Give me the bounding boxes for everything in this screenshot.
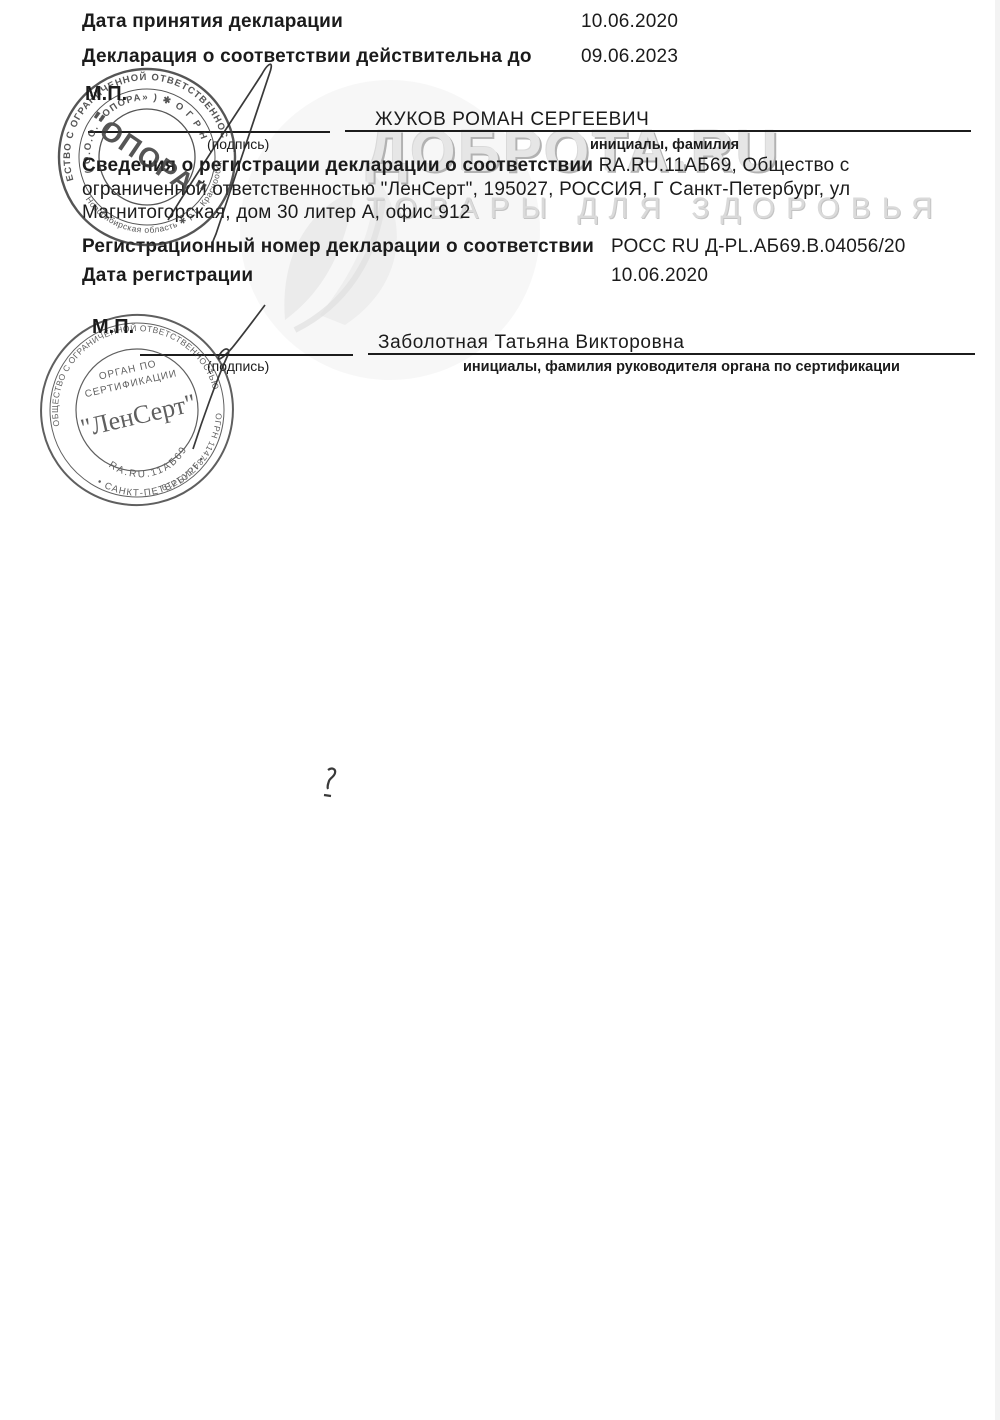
certification-head-name: Заболотная Татьяна Викторовна <box>378 332 685 354</box>
scanned-declaration-page: ДОБРОТА.RU ТОВАРЫ ДЛЯ ЗДОРОВЬЯ Дата прин… <box>0 0 1000 1420</box>
round-stamp-lensert: ОБЩЕСТВО С ОГРАНИЧЕННОЙ ОТВЕТСТВЕННОСТЬЮ… <box>28 308 246 516</box>
seal-place-mark-2: М.П. <box>92 316 134 339</box>
value-valid-until: 09.06.2023 <box>581 46 678 68</box>
signature-line-2-right <box>368 353 975 355</box>
scan-edge-shade <box>995 0 1000 1420</box>
declarant-name: ЖУКОВ РОМАН СЕРГЕЕВИЧ <box>375 109 649 131</box>
value-registration-date: 10.06.2020 <box>611 265 708 287</box>
caption-initials-surname-1: инициалы, фамилия <box>590 137 739 153</box>
caption-initials-surname-2: инициалы, фамилия руководителя органа по… <box>463 359 900 375</box>
seal-place-mark-1: М.П. <box>85 83 127 106</box>
registration-info-rest: RA.RU.11АБ69, Общество с <box>593 155 849 176</box>
round-stamp-opora: ОБЩЕСТВО С ОГРАНИЧЕННОЙ ОТВЕТСТВЕННОСТЬЮ… <box>52 62 242 252</box>
label-date-of-adoption: Дата принятия декларации <box>82 11 343 33</box>
signature-line-1-right <box>345 130 971 132</box>
value-registration-number: РОСС RU Д-PL.АБ69.В.04056/20 <box>611 236 906 258</box>
label-registration-date: Дата регистрации <box>82 265 253 287</box>
value-date-of-adoption: 10.06.2020 <box>581 11 678 33</box>
scan-speck <box>324 769 335 796</box>
